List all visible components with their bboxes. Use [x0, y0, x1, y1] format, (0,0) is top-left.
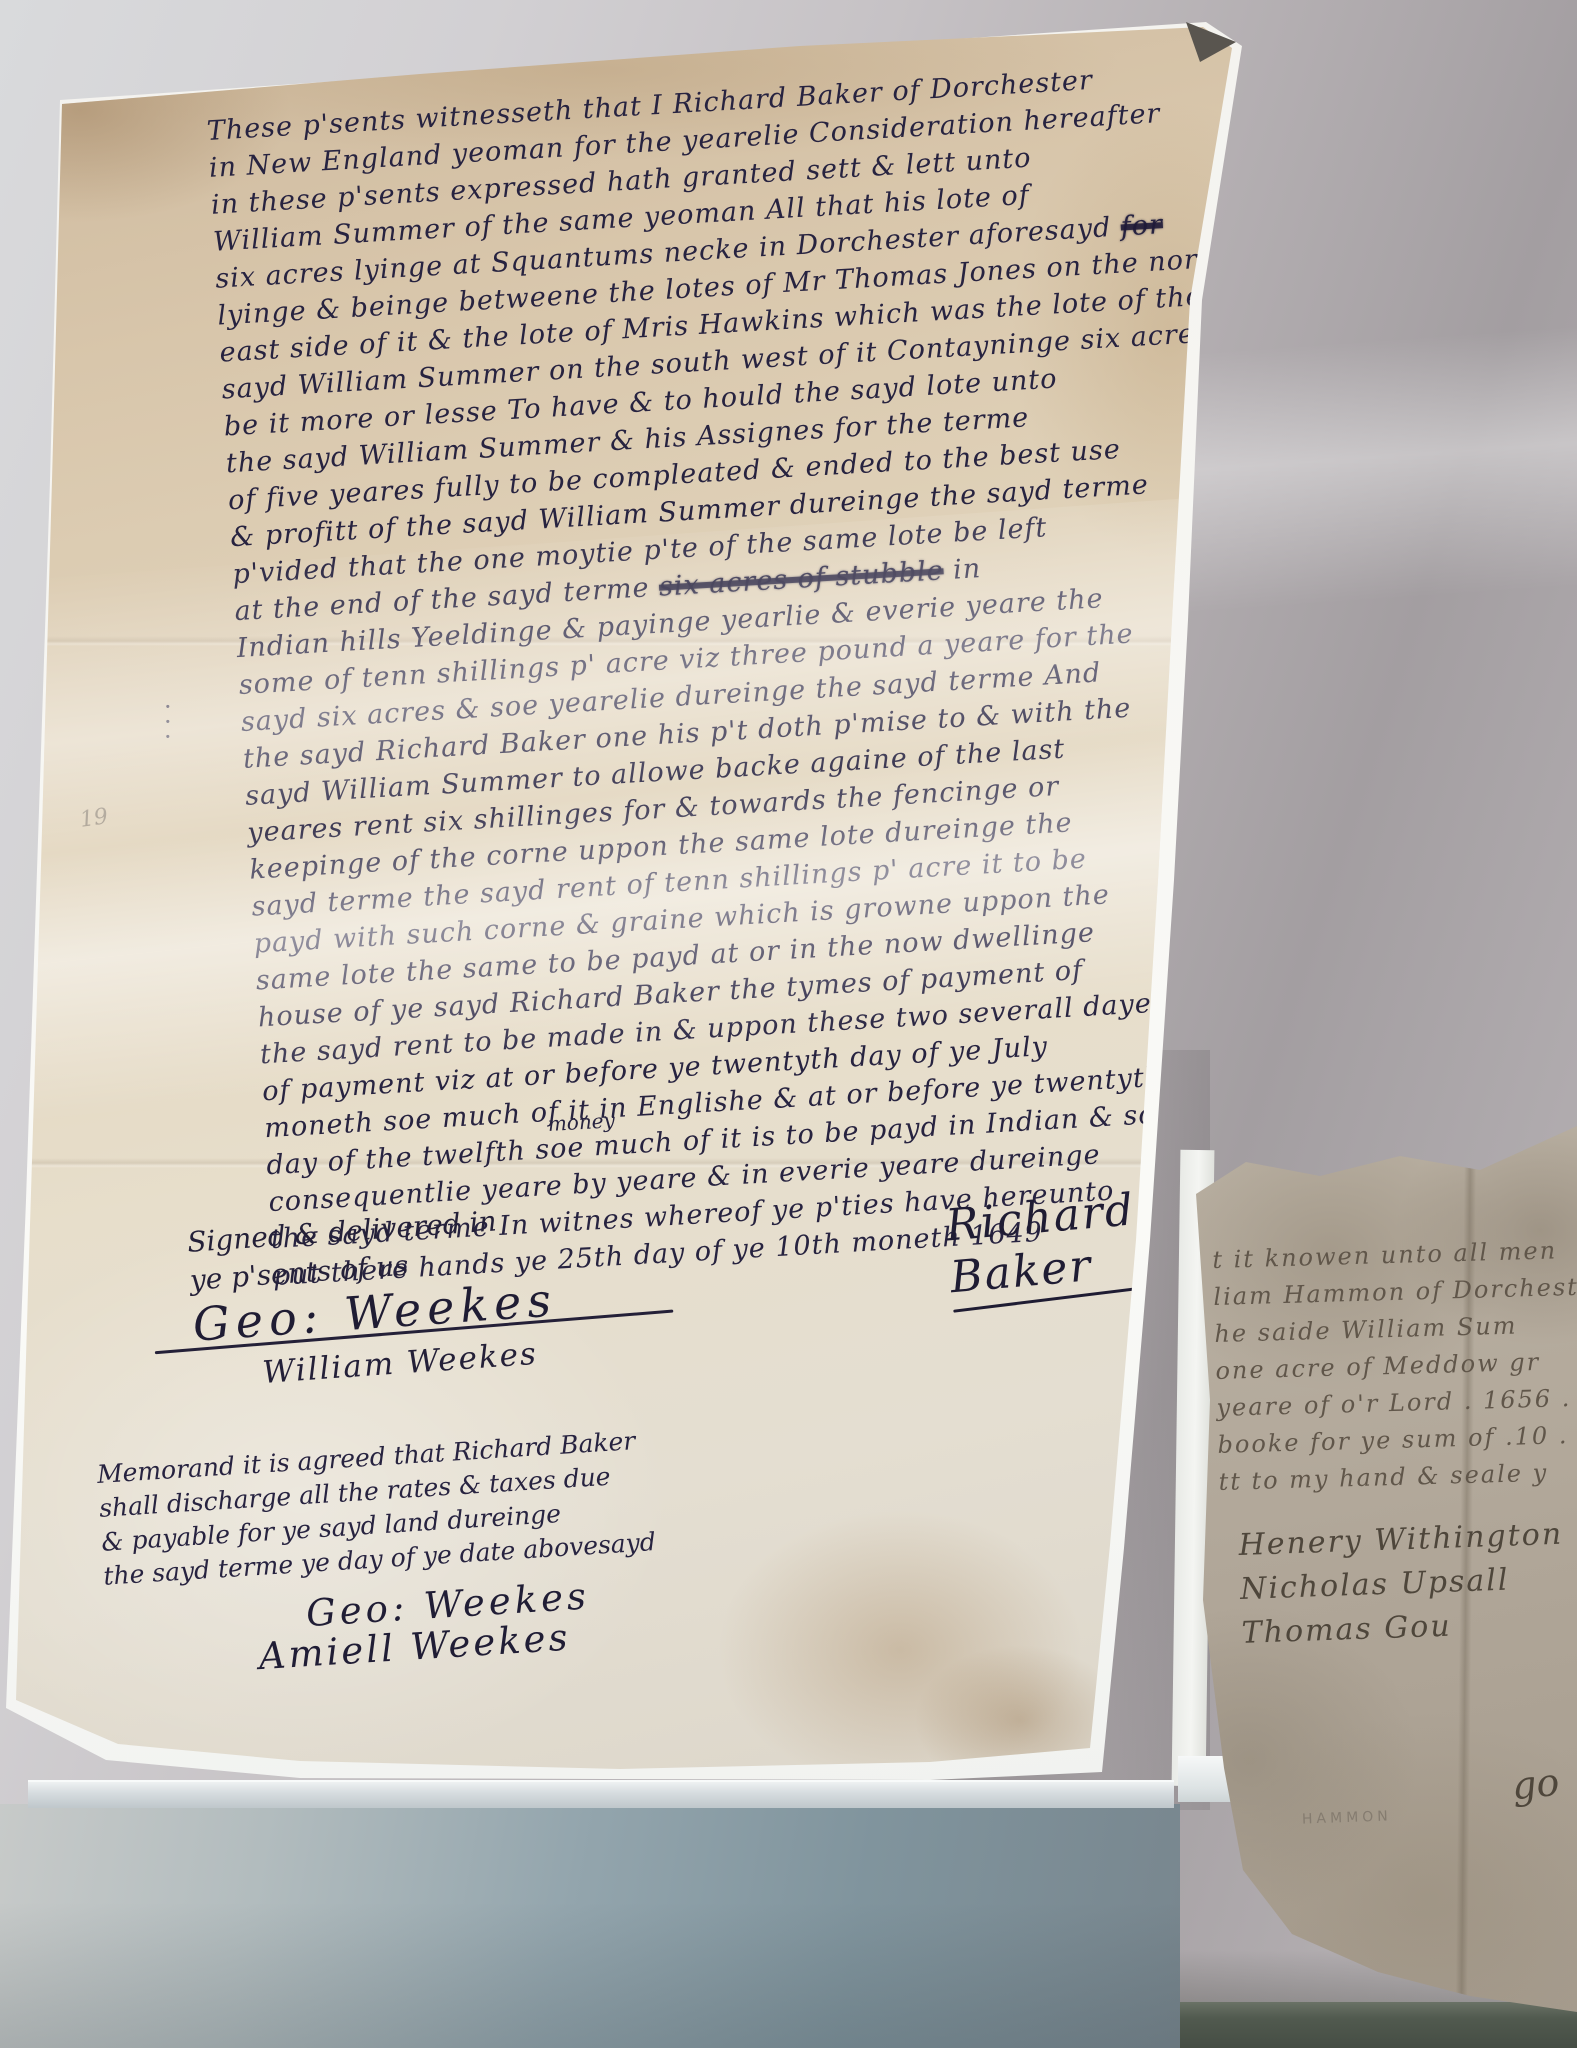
ink-flourish: go — [1510, 1760, 1562, 1809]
display-shelf — [1168, 2002, 1577, 2048]
acrylic-stand-edge — [28, 1780, 1174, 1808]
attestation-block: Signed & delivered in ye p'sents of us G… — [186, 1191, 677, 1397]
museum-photo: t it knowen unto all men liam Hammon of … — [0, 0, 1577, 2048]
memorandum-block: Memorand it is agreed that Richard Baker… — [96, 1423, 662, 1683]
right-manuscript-signatures: Henery Withington Nicholas Upsall Thomas… — [1238, 1517, 1567, 1660]
foreground-blur — [0, 1804, 1180, 2048]
right-manuscript-text: t it knowen unto all men liam Hammon of … — [1212, 1236, 1577, 1505]
docket-label-hammon: HAMMON — [1302, 1808, 1392, 1827]
interlined-word: money — [547, 1108, 615, 1136]
glass-glare — [0, 496, 1258, 1144]
struck-word: for — [1120, 209, 1164, 242]
signature-richard-baker: Richard Baker — [944, 1184, 1149, 1310]
